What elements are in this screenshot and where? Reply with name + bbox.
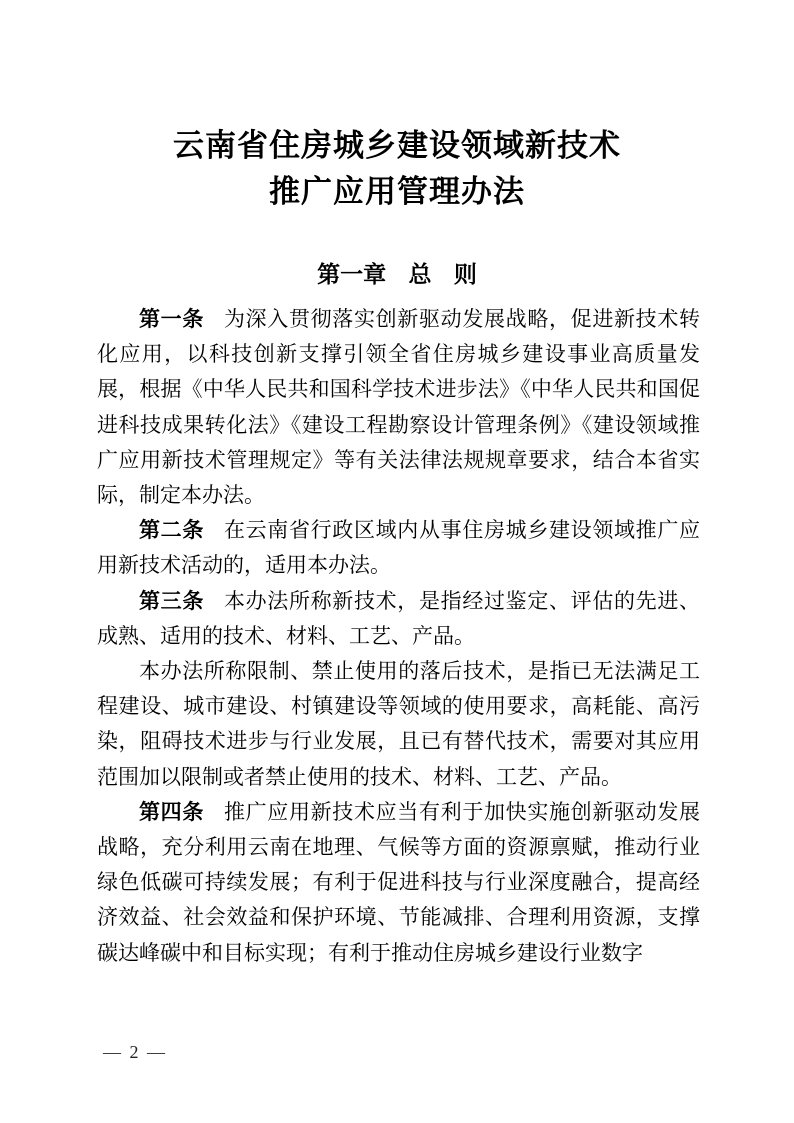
article-3-paragraph: 第三条本办法所称新技术，是指经过鉴定、评估的先进、成熟、适用的技术、材料、工艺、… xyxy=(97,584,700,654)
article-1-text: 为深入贯彻落实创新驱动发展战略，促进新技术转化应用，以科技创新支撑引领全省住房城… xyxy=(97,307,700,507)
document-title: 云南省住房城乡建设领域新技术 推广应用管理办法 xyxy=(0,0,794,215)
article-2-number: 第二条 xyxy=(139,519,204,542)
article-4-paragraph: 第四条推广应用新技术应当有利于加快实施创新驱动发展战略，充分利用云南在地理、气候… xyxy=(97,795,700,971)
article-4-text: 推广应用新技术应当有利于加快实施创新驱动发展战略，充分利用云南在地理、气候等方面… xyxy=(97,800,700,965)
article-2-paragraph: 第二条在云南省行政区域内从事住房城乡建设领域推广应用新技术活动的，适用本办法。 xyxy=(97,513,700,583)
article-3-continuation-text: 本办法所称限制、禁止使用的落后技术，是指已无法满足工程建设、城市建设、村镇建设等… xyxy=(97,659,700,789)
article-1-paragraph: 第一条为深入贯彻落实创新驱动发展战略，促进新技术转化应用，以科技创新支撑引领全省… xyxy=(97,302,700,513)
article-3-number: 第三条 xyxy=(139,590,204,613)
document-body: 第一条为深入贯彻落实创新驱动发展战略，促进新技术转化应用，以科技创新支撑引领全省… xyxy=(0,302,794,971)
article-3-continuation-paragraph: 本办法所称限制、禁止使用的落后技术，是指已无法满足工程建设、城市建设、村镇建设等… xyxy=(97,654,700,795)
article-4-number: 第四条 xyxy=(139,801,204,824)
document-title-line-2: 推广应用管理办法 xyxy=(0,169,794,215)
chapter-heading: 第一章 总 则 xyxy=(0,258,794,290)
page-number: — 2 — xyxy=(103,1040,167,1064)
document-title-line-1: 云南省住房城乡建设领域新技术 xyxy=(0,123,794,169)
article-1-number: 第一条 xyxy=(139,308,204,331)
document-page: 云南省住房城乡建设领域新技术 推广应用管理办法 第一章 总 则 第一条为深入贯彻… xyxy=(0,0,794,1123)
